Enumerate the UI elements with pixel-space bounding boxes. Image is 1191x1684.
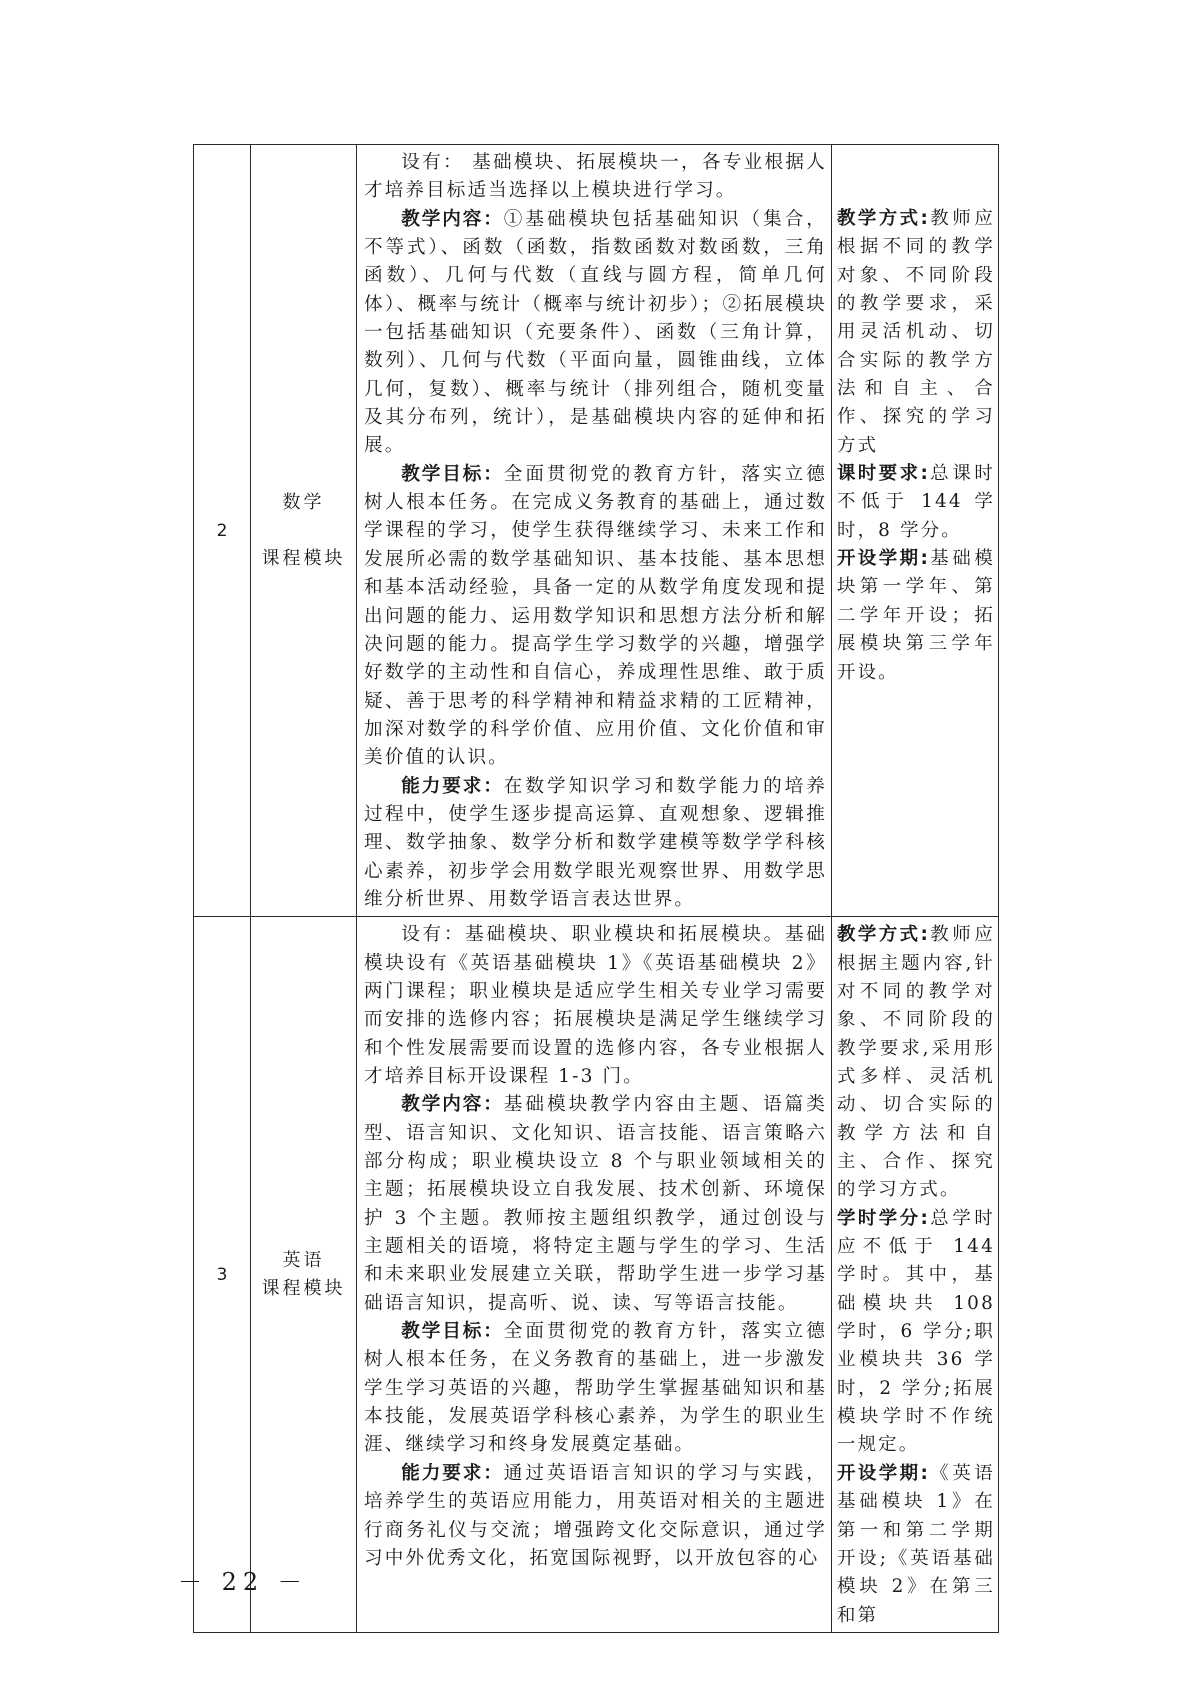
course-content: 设有： 基础模块、拓展模块一，各专业根据人才培养目标适当选择以上模块进行学习。 … bbox=[357, 145, 832, 917]
hours-text: 总学时应不低于 144 学时。其中，基础模块共 108 学时，6 学分;职业模块… bbox=[837, 1208, 995, 1456]
row-number: 2 bbox=[194, 145, 251, 917]
method-label: 教学方式: bbox=[837, 924, 929, 945]
teaching-content-text: ①基础模块包括基础知识（集合，不等式）、函数（函数，指数函数对数函数，三角函数）… bbox=[364, 209, 827, 457]
method-text: 教师应根据主题内容,针对不同的教学对象、不同阶段的教学要求,采用形式多样、灵活机… bbox=[837, 924, 995, 1200]
semester-label: 开设学期: bbox=[837, 548, 929, 569]
ability-label: 能力要求： bbox=[401, 1463, 504, 1484]
course-name-line1: 英语 bbox=[251, 1247, 356, 1275]
method-text: 教师应根据不同的教学对象、不同阶段的教学要求，采用灵活机动、切合实际的教学方法和… bbox=[837, 208, 995, 456]
hours-label: 课时要求: bbox=[837, 463, 929, 484]
row-number: 3 bbox=[194, 917, 251, 1633]
req-method: 教学方式:教师应根据主题内容,针对不同的教学对象、不同阶段的教学要求,采用形式多… bbox=[837, 921, 995, 1204]
teaching-goal-text: 全面贯彻党的教育方针，落实立德树人根本任务。在完成义务教育的基础上，通过数学课程… bbox=[364, 464, 827, 768]
course-requirements: 教学方式:教师应根据主题内容,针对不同的教学对象、不同阶段的教学要求,采用形式多… bbox=[832, 917, 999, 1633]
teaching-goal-label: 教学目标： bbox=[401, 464, 504, 485]
teaching-content-label: 教学内容： bbox=[401, 1094, 504, 1115]
teaching-content-text: 基础模块教学内容由主题、语篇类型、语言知识、文化知识、语言技能、语言策略六部分构… bbox=[364, 1094, 827, 1313]
course-name: 数学 课程模块 bbox=[251, 145, 357, 917]
course-requirements: 教学方式:教师应根据不同的教学对象、不同阶段的教学要求，采用灵活机动、切合实际的… bbox=[832, 145, 999, 917]
ability-label: 能力要求： bbox=[401, 776, 504, 797]
document-page: 2 数学 课程模块 设有： 基础模块、拓展模块一，各专业根据人才培养目标适当选择… bbox=[0, 0, 1191, 1684]
course-name-line2: 课程模块 bbox=[251, 1275, 356, 1303]
teaching-goal-label: 教学目标： bbox=[401, 1321, 504, 1342]
course-name-line2: 课程模块 bbox=[251, 545, 356, 573]
content-teaching-goal: 教学目标：全面贯彻党的教育方针，落实立德树人根本任务。在完成义务教育的基础上，通… bbox=[364, 461, 827, 773]
course-name: 英语 课程模块 bbox=[251, 917, 357, 1633]
teaching-content-label: 教学内容： bbox=[401, 209, 504, 230]
course-name-line1: 数学 bbox=[251, 489, 356, 517]
spacer bbox=[837, 149, 995, 205]
semester-text: 《英语基础模块 1》在第一和第二学期开设;《英语基础模块 2》在第三和第 bbox=[837, 1463, 995, 1626]
table-row-english: 3 英语 课程模块 设有：基础模块、职业模块和拓展模块。基础模块设有《英语基础模… bbox=[194, 917, 999, 1633]
req-method: 教学方式:教师应根据不同的教学对象、不同阶段的教学要求，采用灵活机动、切合实际的… bbox=[837, 205, 995, 460]
content-teaching-content: 教学内容：基础模块教学内容由主题、语篇类型、语言知识、文化知识、语言技能、语言策… bbox=[364, 1091, 827, 1318]
req-semester: 开设学期:《英语基础模块 1》在第一和第二学期开设;《英语基础模块 2》在第三和… bbox=[837, 1460, 995, 1630]
content-intro: 设有：基础模块、职业模块和拓展模块。基础模块设有《英语基础模块 1》《英语基础模… bbox=[364, 921, 827, 1091]
curriculum-table: 2 数学 课程模块 设有： 基础模块、拓展模块一，各专业根据人才培养目标适当选择… bbox=[193, 144, 999, 1633]
hours-label: 学时学分: bbox=[837, 1208, 929, 1229]
semester-label: 开设学期: bbox=[837, 1463, 929, 1484]
content-ability: 能力要求：通过英语语言知识的学习与实践，培养学生的英语应用能力，用英语对相关的主… bbox=[364, 1460, 827, 1573]
req-hours: 课时要求:总课时不低于 144 学时，8 学分。 bbox=[837, 460, 995, 545]
content-intro: 设有： 基础模块、拓展模块一，各专业根据人才培养目标适当选择以上模块进行学习。 bbox=[364, 149, 827, 206]
content-teaching-goal: 教学目标：全面贯彻党的教育方针，落实立德树人根本任务，在义务教育的基础上，进一步… bbox=[364, 1318, 827, 1460]
req-semester: 开设学期:基础模块第一学年、第二学年开设；拓展模块第三学年开设。 bbox=[837, 545, 995, 687]
page-number: － 22 － bbox=[178, 1562, 308, 1597]
method-label: 教学方式: bbox=[837, 208, 929, 229]
req-hours: 学时学分:总学时应不低于 144 学时。其中，基础模块共 108 学时，6 学分… bbox=[837, 1205, 995, 1460]
content-teaching-content: 教学内容：①基础模块包括基础知识（集合，不等式）、函数（函数，指数函数对数函数，… bbox=[364, 206, 827, 461]
course-content: 设有：基础模块、职业模块和拓展模块。基础模块设有《英语基础模块 1》《英语基础模… bbox=[357, 917, 832, 1633]
content-ability: 能力要求：在数学知识学习和数学能力的培养过程中，使学生逐步提高运算、直观想象、逻… bbox=[364, 773, 827, 915]
table-row-math: 2 数学 课程模块 设有： 基础模块、拓展模块一，各专业根据人才培养目标适当选择… bbox=[194, 145, 999, 917]
